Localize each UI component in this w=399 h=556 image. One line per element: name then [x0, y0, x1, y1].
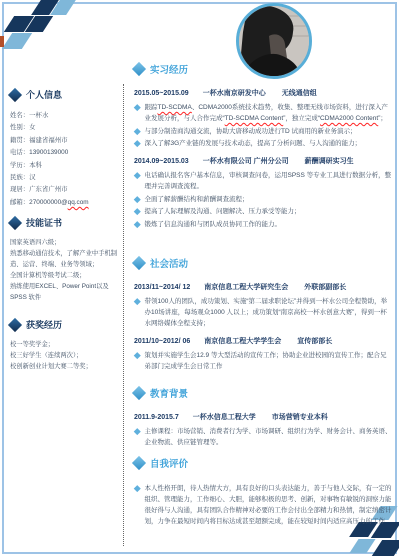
deco-accent [0, 36, 4, 47]
list-item: 全国计算机等级考试二级； [10, 270, 122, 281]
diamond-icon [132, 256, 146, 270]
entry-heading: 2013/11~2014/ 12南京信息工程大学研究生会外联部副部长 [134, 283, 392, 293]
section-awards: 获奖经历 校一等奖学金；校三好学生（连续两次）；校创新创业计划大赛二等奖； [10, 318, 122, 372]
bullet-item: 电话确认报名客户基本信息，审核调查问卷，运用SPSS 等专业工具进行数据分析，整… [134, 170, 392, 192]
section-title-label: 教育背景 [150, 386, 188, 400]
section-title-label: 获奖经历 [26, 318, 62, 331]
diamond-bullet-icon [134, 172, 140, 178]
personal-field: 学历：本科 [10, 160, 122, 172]
bullet-text: 带领100人的团队，成功策划、实施“第二届求职论坛”并得到一杯水公司全程赞助，举… [145, 296, 393, 329]
personal-field: 现居：广东省广州市 [10, 184, 122, 196]
list-item: 熟悉移动通信技术，了解产业中手机制造、运营、终端、业务等领域； [10, 248, 122, 270]
entry-heading: 2011/10~2012/ 06南京信息工程大学学生会宣传部部长 [134, 337, 392, 347]
entry-bullet-list: 策划并实施学生会12.9 等大型活动的宣传工作；协助企业进校园的宣传工作；配合兄… [134, 350, 392, 372]
entry-bullet-list: 主修课程：市场营销、消费者行为学、市场调研、组织行为学、财务会计、商务英语、企业… [134, 426, 392, 448]
bullet-item: 与部分制造商沟通交流，协助大唐移动成功进行TD 试商用的新业务演示； [134, 126, 392, 137]
diamond-icon [8, 317, 22, 331]
bullet-item: 锻炼了信息沟通和与团队成员协同工作的能力。 [134, 219, 392, 230]
entry-organization: 一杯水南京研发中心 [203, 89, 266, 99]
bullet-item: 深入了解3G产业链的发展与技术动态，提高了分析问题、与人沟通的能力； [134, 138, 392, 149]
personal-field: 籍贯：福建省福州市 [10, 135, 122, 147]
diamond-bullet-icon [134, 196, 140, 202]
diamond-icon [132, 62, 146, 76]
entry-bullet-list: 跟踪TD-SCDMA、CDMA2000系统技术趋势，收集、整理无线市场资料，进行… [134, 102, 392, 149]
list-item: 校三好学生（连续两次）； [10, 350, 122, 361]
diamond-bullet-icon [134, 428, 140, 434]
list-item: 熟练使用EXCEL、Power Point以及SPSS 软件 [10, 281, 122, 303]
section-title: 社会活动 [134, 256, 392, 270]
entry-role: 市场营销专业本科 [272, 413, 328, 423]
personal-field: 邮箱：270000000@qq.com [10, 197, 122, 209]
list-item: 校创新创业计划大赛二等奖； [10, 361, 122, 372]
diamond-icon [132, 456, 146, 470]
section-title-label: 技能证书 [26, 216, 62, 229]
diamond-bullet-icon [134, 128, 140, 134]
field-label: 民族： [10, 174, 29, 181]
diamond-bullet-icon [134, 298, 140, 304]
section-self-evaluation: 自我评价 本人性格开朗，待人热情大方，具有良好的口头表达能力，善于与他人交际，有… [134, 456, 392, 529]
list-item: 国家英语四六级； [10, 237, 122, 248]
bullet-text: 与部分制造商沟通交流，协助大唐移动成功进行TD 试商用的新业务演示； [145, 126, 357, 137]
field-label: 电话： [10, 149, 29, 156]
section-education: 教育背景 2011.9-2015.7一杯水信息工程大学市场营销专业本科主修课程：… [134, 386, 392, 450]
section-title: 个人信息 [10, 88, 122, 101]
bullet-item: 策划并实施学生会12.9 等大型活动的宣传工作；协助企业进校园的宣传工作；配合兄… [134, 350, 392, 372]
experience-entry: 2011.9-2015.7一杯水信息工程大学市场营销专业本科主修课程：市场营销、… [134, 413, 392, 448]
entry-date: 2014.09~2015.03 [134, 157, 189, 167]
bullet-text: 锻炼了信息沟通和与团队成员协同工作的能力。 [145, 219, 282, 230]
spellcheck-underlined-text: qq.com [68, 199, 89, 206]
field-label: 性别： [10, 124, 29, 131]
skills-list: 国家英语四六级；熟悉移动通信技术，了解产业中手机制造、运营、终端、业务等领域；全… [10, 237, 122, 303]
personal-field: 姓名：一杯水 [10, 110, 122, 122]
entry-date: 2011.9-2015.7 [134, 413, 179, 423]
activities-entries: 2013/11~2014/ 12南京信息工程大学研究生会外联部副部长带领100人… [134, 283, 392, 372]
section-title-label: 实习经历 [150, 62, 188, 76]
entry-date: 2011/10~2012/ 06 [134, 337, 190, 347]
spellcheck-underlined-text: CDMA2000 Content [320, 115, 378, 122]
column-divider [123, 84, 124, 546]
experience-entry: 2015.05~2015.09一杯水南京研发中心无线通信组跟踪TD-SCDMA、… [134, 89, 392, 149]
diamond-bullet-icon [134, 104, 140, 110]
field-value: 一杯水 [29, 112, 48, 119]
personal-fields: 姓名：一杯水性别：女籍贯：福建省福州市电话：13900139000学历：本科民族… [10, 110, 122, 209]
bullet-text: 全面了解薪酬结构和薪酬调查流程； [145, 194, 249, 205]
section-internship: 实习经历 2015.05~2015.09一杯水南京研发中心无线通信组跟踪TD-S… [134, 62, 392, 231]
entry-date: 2013/11~2014/ 12 [134, 283, 190, 293]
diamond-bullet-icon [134, 140, 140, 146]
bullet-text: 提高了人际理解及沟通、问题解决、压力承受等能力； [145, 206, 301, 217]
entry-organization: 一杯水信息工程大学 [193, 413, 256, 423]
field-label: 邮箱： [10, 199, 29, 206]
entry-bullet-list: 本人性格开朗，待人热情大方，具有良好的口头表达能力，善于与他人交际，有一定的组织… [134, 483, 392, 527]
field-value: 13900139000 [29, 149, 68, 156]
bullet-text: 策划并实施学生会12.9 等大型活动的宣传工作；协助企业进校园的宣传工作；配合兄… [145, 350, 393, 372]
bullet-text: 跟踪TD-SCDMA、CDMA2000系统技术趋势，收集、整理无线市场资料，进行… [145, 102, 393, 124]
profile-photo-image [239, 6, 309, 76]
entry-organization: 南京信息工程大学学生会 [204, 337, 281, 347]
diamond-icon [132, 386, 146, 400]
text-segment: 跟踪 [145, 104, 158, 111]
entry-role: 外联部副部长 [304, 283, 346, 293]
entry-organization: 一杯水有限公司 广州分公司 [203, 157, 289, 167]
personal-field: 民族：汉 [10, 172, 122, 184]
profile-photo [236, 3, 312, 79]
field-label: 籍贯： [10, 137, 29, 144]
entry-role: 宣传部部长 [297, 337, 332, 347]
field-value: 汉 [29, 174, 35, 181]
section-activities: 社会活动 2013/11~2014/ 12南京信息工程大学研究生会外联部副部长带… [134, 256, 392, 374]
diamond-icon [8, 87, 22, 101]
experience-entry: 2011/10~2012/ 06南京信息工程大学学生会宣传部部长策划并实施学生会… [134, 337, 392, 372]
bullet-item: 跟踪TD-SCDMA、CDMA2000系统技术趋势，收集、整理无线市场资料，进行… [134, 102, 392, 124]
bullet-item: 提高了人际理解及沟通、问题解决、压力承受等能力； [134, 206, 392, 217]
field-label: 姓名： [10, 112, 29, 119]
entry-heading: 2014.09~2015.03一杯水有限公司 广州分公司薪酬调研实习生 [134, 157, 392, 167]
field-value: 女 [29, 124, 35, 131]
entry-bullet-list: 带领100人的团队，成功策划、实施“第二届求职论坛”并得到一杯水公司全程赞助，举… [134, 296, 392, 329]
bullet-text: 深入了解3G产业链的发展与技术动态，提高了分析问题、与人沟通的能力； [145, 138, 362, 149]
awards-list: 校一等奖学金；校三好学生（连续两次）；校创新创业计划大赛二等奖； [10, 339, 122, 372]
bullet-item: 全面了解薪酬结构和薪酬调查流程； [134, 194, 392, 205]
bullet-text: 主修课程：市场营销、消费者行为学、市场调研、组织行为学、财务会计、商务英语、企业… [145, 426, 393, 448]
section-personal-info: 个人信息 姓名：一杯水性别：女籍贯：福建省福州市电话：13900139000学历… [10, 88, 122, 209]
entry-role: 薪酬调研实习生 [305, 157, 354, 167]
section-title-label: 个人信息 [26, 88, 62, 101]
diamond-bullet-icon [134, 208, 140, 214]
experience-entry: 2013/11~2014/ 12南京信息工程大学研究生会外联部副部长带领100人… [134, 283, 392, 329]
personal-field: 性别：女 [10, 122, 122, 134]
education-entries: 2011.9-2015.7一杯水信息工程大学市场营销专业本科主修课程：市场营销、… [134, 413, 392, 448]
field-value: 福建省福州市 [29, 137, 67, 144]
entry-heading: 2011.9-2015.7一杯水信息工程大学市场营销专业本科 [134, 413, 392, 423]
section-title: 教育背景 [134, 386, 392, 400]
diamond-bullet-icon [134, 352, 140, 358]
experience-entry: 本人性格开朗，待人热情大方，具有良好的口头表达能力，善于与他人交际，有一定的组织… [134, 483, 392, 527]
bullet-item: 带领100人的团队，成功策划、实施“第二届求职论坛”并得到一杯水公司全程赞助，举… [134, 296, 392, 329]
field-value: 本科 [29, 162, 42, 169]
spellcheck-underlined-text: TD-SCDMA [158, 104, 192, 111]
entry-organization: 南京信息工程大学研究生会 [204, 283, 288, 293]
entry-heading: 2015.05~2015.09一杯水南京研发中心无线通信组 [134, 89, 392, 99]
section-title-label: 自我评价 [150, 456, 188, 470]
deco-diamond [372, 540, 399, 556]
field-value: 270000000@qq.com [29, 199, 88, 206]
diamond-bullet-icon [134, 221, 140, 227]
section-title: 技能证书 [10, 216, 122, 229]
evaluation-entries: 本人性格开朗，待人热情大方，具有良好的口头表达能力，善于与他人交际，有一定的组织… [134, 483, 392, 527]
experience-entry: 2014.09~2015.03一杯水有限公司 广州分公司薪酬调研实习生电话确认报… [134, 157, 392, 230]
bullet-item: 本人性格开朗，待人热情大方，具有良好的口头表达能力，善于与他人交际，有一定的组织… [134, 483, 392, 527]
section-title-label: 社会活动 [150, 256, 188, 270]
entry-bullet-list: 电话确认报名客户基本信息，审核调查问卷，运用SPSS 等专业工具进行数据分析，整… [134, 170, 392, 230]
entry-date: 2015.05~2015.09 [134, 89, 189, 99]
section-title: 获奖经历 [10, 318, 122, 331]
bullet-text: 本人性格开朗，待人热情大方，具有良好的口头表达能力，善于与他人交际，有一定的组织… [145, 483, 393, 527]
entry-role: 无线通信组 [282, 89, 317, 99]
diamond-bullet-icon [134, 485, 140, 491]
field-label: 现居： [10, 186, 29, 193]
deco-diamond [2, 33, 32, 49]
text-segment: 270000000@ [29, 199, 67, 206]
spellcheck-underlined-text: TD-SCDMA Content [225, 115, 284, 122]
deco-diamond [349, 539, 375, 553]
internship-entries: 2015.05~2015.09一杯水南京研发中心无线通信组跟踪TD-SCDMA、… [134, 89, 392, 230]
resume-page: 个人信息 姓名：一杯水性别：女籍贯：福建省福州市电话：13900139000学历… [0, 0, 399, 556]
list-item: 校一等奖学金； [10, 339, 122, 350]
text-segment: ”； [378, 115, 387, 122]
bullet-text: 电话确认报名客户基本信息，审核调查问卷，运用SPSS 等专业工具进行数据分析，整… [145, 170, 393, 192]
field-label: 学历： [10, 162, 29, 169]
bullet-item: 主修课程：市场营销、消费者行为学、市场调研、组织行为学、财务会计、商务英语、企业… [134, 426, 392, 448]
text-segment: ”，独立完成“ [283, 115, 320, 122]
section-skills: 技能证书 国家英语四六级；熟悉移动通信技术，了解产业中手机制造、运营、终端、业务… [10, 216, 122, 303]
diamond-icon [8, 215, 22, 229]
section-title: 自我评价 [134, 456, 392, 470]
personal-field: 电话：13900139000 [10, 147, 122, 159]
field-value: 广东省广州市 [29, 186, 67, 193]
